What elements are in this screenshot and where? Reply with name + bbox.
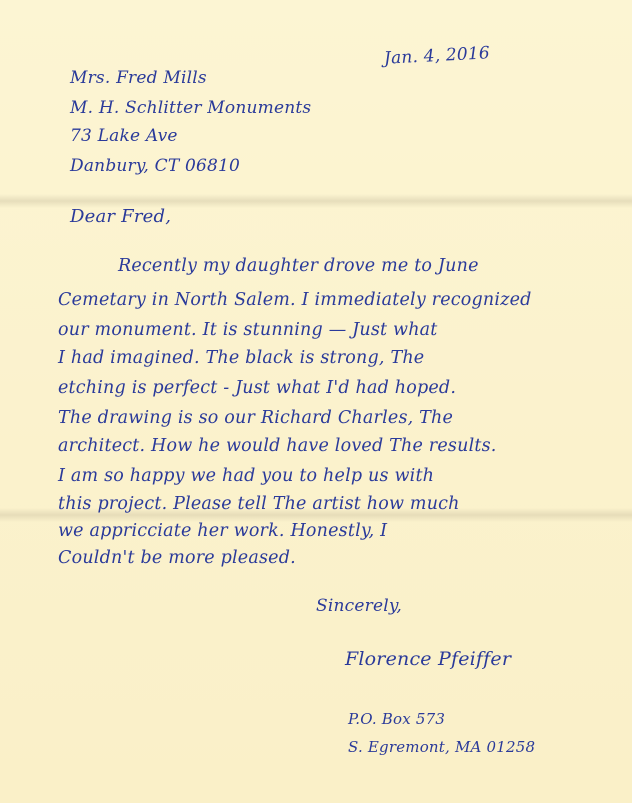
- letter-date: Jan. 4, 2016: [384, 45, 491, 68]
- body-line: architect. How he would have loved The r…: [58, 438, 497, 456]
- greeting: Dear Fred,: [70, 208, 171, 226]
- body-line: Cemetary in North Salem. I immediately r…: [58, 292, 532, 310]
- body-line: this project. Please tell The artist how…: [58, 496, 460, 514]
- body-line: I had imagined. The black is strong, The: [58, 350, 424, 368]
- recipient-name: Mrs. Fred Mills: [70, 70, 207, 87]
- return-city: S. Egremont, MA 01258: [348, 740, 535, 755]
- body-line: our monument. It is stunning — Just what: [58, 322, 438, 340]
- recipient-company: M. H. Schlitter Monuments: [70, 100, 311, 117]
- body-line: I am so happy we had you to help us with: [58, 468, 434, 486]
- body-line: The drawing is so our Richard Charles, T…: [58, 410, 453, 428]
- closing: Sincerely,: [316, 598, 402, 615]
- body-line: etching is perfect - Just what I'd had h…: [58, 380, 456, 398]
- return-po-box: P.O. Box 573: [348, 712, 445, 727]
- recipient-street: 73 Lake Ave: [70, 128, 178, 145]
- body-line: Recently my daughter drove me to June: [118, 258, 479, 276]
- recipient-city: Danbury, CT 06810: [70, 158, 240, 175]
- letter-page: Jan. 4, 2016 Mrs. Fred Mills M. H. Schli…: [0, 0, 632, 803]
- signature: Florence Pfeiffer: [345, 650, 511, 669]
- body-line: we appricciate her work. Honestly, I: [58, 523, 387, 541]
- body-line: Couldn't be more pleased.: [58, 550, 296, 568]
